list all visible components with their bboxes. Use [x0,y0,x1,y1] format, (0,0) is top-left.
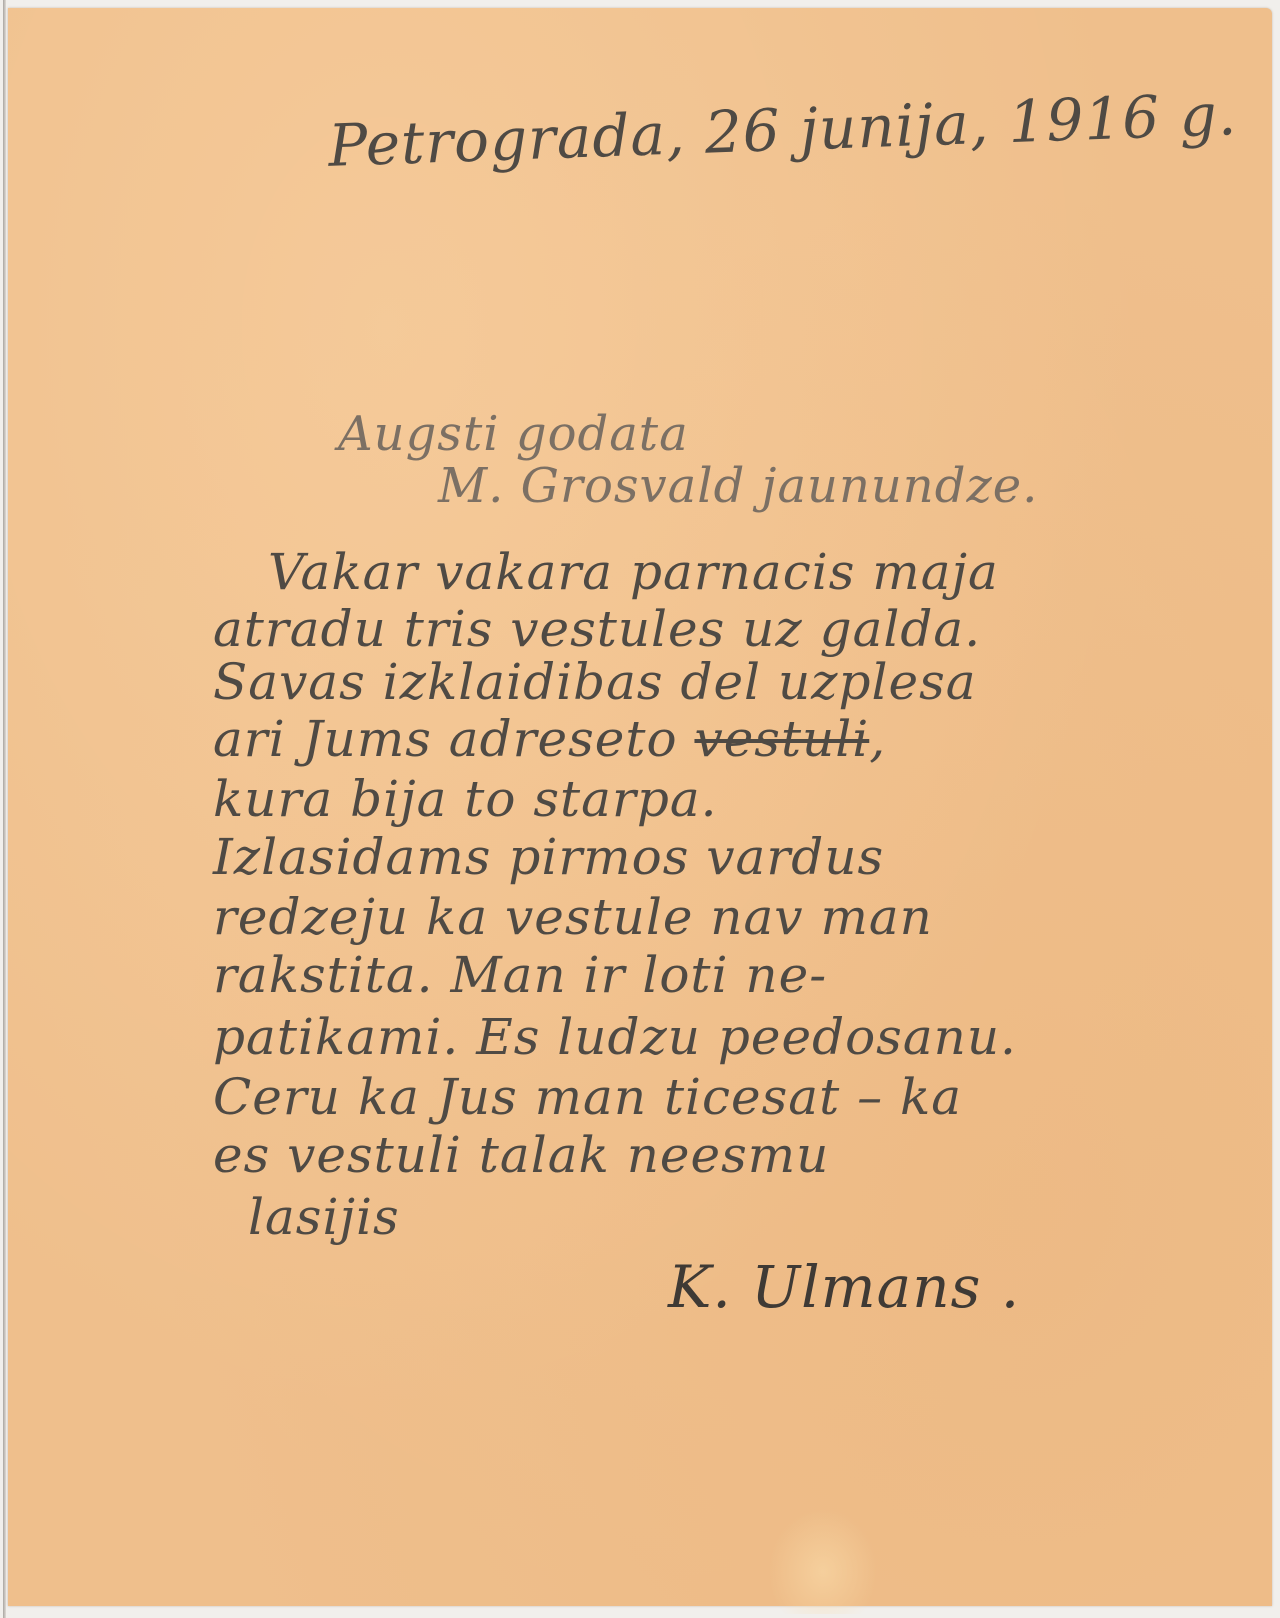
struck-word-comma: , [869,710,886,768]
body-line-5: kura bija to starpa. [213,770,718,828]
body-line-2: atradu tris vestules uz galda. [213,600,981,658]
body-line-11: es vestuli talak neesmu [213,1126,829,1184]
struck-out-word: vestuli [694,710,869,768]
body-line-10: Ceru ka Jus man ticesat – ka [213,1068,962,1126]
body-line-6: Izlasidams pirmos vardus [213,828,884,886]
body-line-9: patikami. Es ludzu peedosanu. [213,1008,1017,1066]
scanned-document: Petrograda, 26 junija, 1916 g. Augsti go… [0,0,1280,1618]
body-line-12: lasijis [248,1188,400,1246]
dateline: Petrograda, 26 junija, 1916 g. [327,80,1238,180]
body-line-4-text: ari Jums adreseto [213,710,678,768]
body-line-8: rakstita. Man ir loti ne- [213,946,827,1004]
letter-page: Petrograda, 26 junija, 1916 g. Augsti go… [8,8,1272,1606]
body-line-4: ari Jums adreseto vestuli, [213,710,886,768]
scan-edge-shadow [3,0,6,1618]
salutation-line-2: M. Grosvald jaunundze. [438,458,1038,514]
body-line-7: redzeju ka vestule nav man [213,888,933,946]
paper-watermark [768,1508,878,1614]
salutation-line-1: Augsti godata [338,406,689,462]
signature: K. Ulmans . [668,1253,1020,1321]
body-line-1: Vakar vakara parnacis maja [268,543,999,601]
body-line-3: Savas izklaidibas del uzplesa [213,653,977,711]
